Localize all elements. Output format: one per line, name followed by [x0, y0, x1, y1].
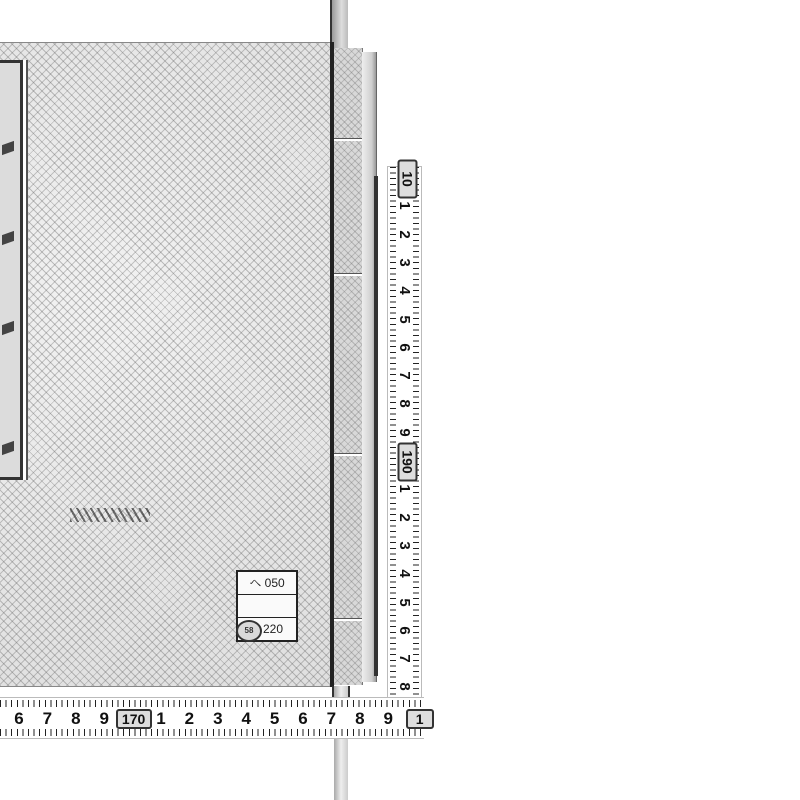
ruler-ticks	[413, 167, 419, 701]
title-glyph	[2, 141, 14, 155]
label-row-2	[238, 595, 296, 618]
binding-stitch	[334, 453, 362, 456]
ruler-number: 8	[349, 709, 371, 729]
ruler-number: 1	[150, 709, 172, 729]
label-row-1: ヘ 050	[238, 572, 296, 595]
catalog-label: ヘ 050 58 220	[236, 570, 298, 642]
ruler-number: 9	[93, 709, 115, 729]
book-spine	[334, 48, 363, 685]
binding-stitch	[334, 618, 362, 621]
title-glyph	[2, 321, 14, 335]
ruler-number: 6	[8, 709, 30, 729]
binding-stitch	[334, 273, 362, 276]
library-stamp: 58	[236, 620, 262, 642]
ruler-number: 3	[207, 709, 229, 729]
horizontal-ruler: 67891701234567891	[0, 697, 424, 739]
ruler-number: 5	[264, 709, 286, 729]
ruler-number: 9	[377, 709, 399, 729]
ruler-number: 8	[65, 709, 87, 729]
vertical-ruler: 1012345678919012345678	[387, 166, 422, 702]
ruler-number: 170	[116, 709, 152, 729]
title-glyph	[2, 231, 14, 245]
ruler-number: 4	[235, 709, 257, 729]
ink-smudge	[70, 508, 150, 522]
title-glyph	[2, 441, 14, 455]
edge-shadow	[374, 176, 378, 676]
ruler-ticks	[0, 700, 424, 707]
ruler-number: 1	[406, 709, 434, 729]
label-number: 220	[263, 622, 283, 636]
label-row-3: 58 220	[238, 618, 296, 640]
top-clip	[330, 0, 348, 48]
ruler-number: 7	[320, 709, 342, 729]
binding-stitch	[334, 138, 362, 141]
ruler-number: 6	[292, 709, 314, 729]
ruler-number: 7	[36, 709, 58, 729]
title-strip	[0, 60, 23, 480]
ruler-ticks	[0, 729, 424, 736]
ruler-number: 2	[178, 709, 200, 729]
